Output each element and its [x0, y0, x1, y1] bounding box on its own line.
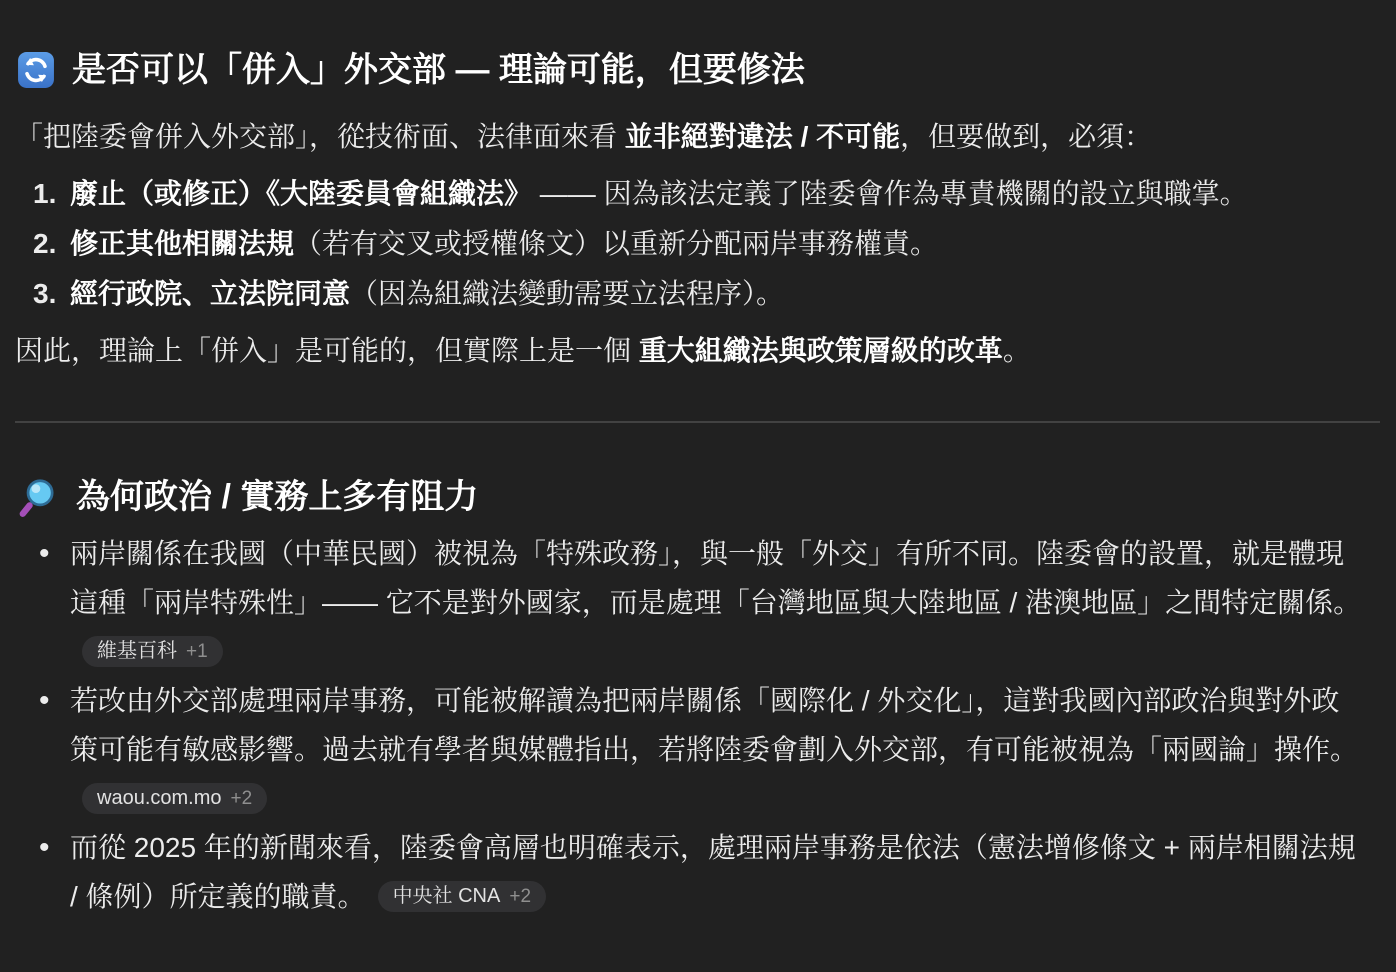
reasons-list: 兩岸關係在我國（中華民國）被視為「特殊政務」，與一般「外交」有所不同。陸委會的設…	[15, 529, 1380, 921]
conclusion-text-pre: 因此，理論上「併入」是可能的，但實際上是一個	[15, 335, 639, 366]
list-item-bold: 廢止（或修正）《大陸委員會組織法》	[70, 178, 532, 209]
list-item: 2.修正其他相關法規（若有交叉或授權條文）以重新分配兩岸事務權責。	[70, 219, 1380, 268]
citation-badge[interactable]: waou.com.mo+2	[82, 783, 267, 814]
conclusion-paragraph: 因此，理論上「併入」是可能的，但實際上是一個 重大組織法與政策層級的改革。	[15, 326, 1380, 375]
requirements-list: 1.廢止（或修正）《大陸委員會組織法》 —— 因為該法定義了陸委會作為專責機關的…	[15, 169, 1380, 318]
intro-paragraph: 「把陸委會併入外交部」，從技術面、法律面來看 並非絕對違法 / 不可能，但要做到…	[15, 112, 1380, 161]
list-item: 1.廢止（或修正）《大陸委員會組織法》 —— 因為該法定義了陸委會作為專責機關的…	[70, 169, 1380, 218]
section2-heading: 為何政治 / 實務上多有阻力	[17, 475, 1380, 519]
intro-text-bold: 並非絕對違法 / 不可能	[625, 121, 900, 152]
citation-badge[interactable]: 維基百科+1	[82, 636, 223, 667]
list-item-bold: 修正其他相關法規	[70, 228, 294, 259]
section2-heading-text: 為何政治 / 實務上多有阻力	[76, 475, 478, 519]
intro-text-post: ，但要做到，必須：	[900, 121, 1152, 152]
intro-text-pre: 「把陸委會併入外交部」，從技術面、法律面來看	[15, 121, 625, 152]
assistant-message: 是否可以「併入」外交部 — 理論可能，但要修法 「把陸委會併入外交部」，從技術面…	[0, 0, 1396, 961]
bullet-text: 兩岸關係在我國（中華民國）被視為「特殊政務」，與一般「外交」有所不同。陸委會的設…	[70, 538, 1361, 618]
section-merge-analysis: 是否可以「併入」外交部 — 理論可能，但要修法 「把陸委會併入外交部」，從技術面…	[15, 48, 1380, 375]
list-marker: 1.	[33, 169, 56, 218]
list-item: 兩岸關係在我國（中華民國）被視為「特殊政務」，與一般「外交」有所不同。陸委會的設…	[70, 529, 1362, 676]
citation-source-label: waou.com.mo	[97, 783, 222, 814]
list-item: 3.經行政院、立法院同意（因為組織法變動需要立法程序）。	[70, 269, 1380, 318]
list-item-text: （因為組織法變動需要立法程序）。	[350, 278, 784, 309]
citation-badge[interactable]: 中央社 CNA+2	[378, 881, 546, 912]
section1-heading-text: 是否可以「併入」外交部 — 理論可能，但要修法	[72, 48, 805, 92]
list-item-text: —— 因為該法定義了陸委會作為專責機關的設立與職掌。	[532, 178, 1248, 209]
counterclockwise-arrows-icon	[17, 51, 55, 89]
list-item: 若改由外交部處理兩岸事務，可能被解讀為把兩岸關係「國際化 / 外交化」，這對我國…	[70, 676, 1362, 823]
citation-source-label: 維基百科	[97, 636, 177, 667]
list-marker: 2.	[33, 219, 56, 268]
section-political-resistance: 為何政治 / 實務上多有阻力 兩岸關係在我國（中華民國）被視為「特殊政務」，與一…	[15, 475, 1380, 921]
section-divider	[15, 421, 1380, 423]
citation-extra-count: +2	[231, 783, 253, 814]
list-item: 而從 2025 年的新聞來看，陸委會高層也明確表示，處理兩岸事務是依法（憲法增修…	[70, 823, 1362, 921]
list-item-text: （若有交叉或授權條文）以重新分配兩岸事務權責。	[294, 228, 938, 259]
citation-source-label: 中央社 CNA	[393, 881, 501, 912]
list-item-bold: 經行政院、立法院同意	[70, 278, 350, 309]
citation-extra-count: +1	[186, 636, 208, 667]
section1-heading: 是否可以「併入」外交部 — 理論可能，但要修法	[17, 48, 1380, 92]
magnifying-glass-icon	[17, 476, 59, 518]
bullet-text: 若改由外交部處理兩岸事務，可能被解讀為把兩岸關係「國際化 / 外交化」，這對我國…	[70, 685, 1358, 765]
bullet-text: 而從 2025 年的新聞來看，陸委會高層也明確表示，處理兩岸事務是依法（憲法增修…	[70, 832, 1356, 912]
conclusion-text-post: 。	[1003, 335, 1031, 366]
citation-extra-count: +2	[509, 881, 531, 912]
conclusion-text-bold: 重大組織法與政策層級的改革	[639, 335, 1003, 366]
list-marker: 3.	[33, 269, 56, 318]
